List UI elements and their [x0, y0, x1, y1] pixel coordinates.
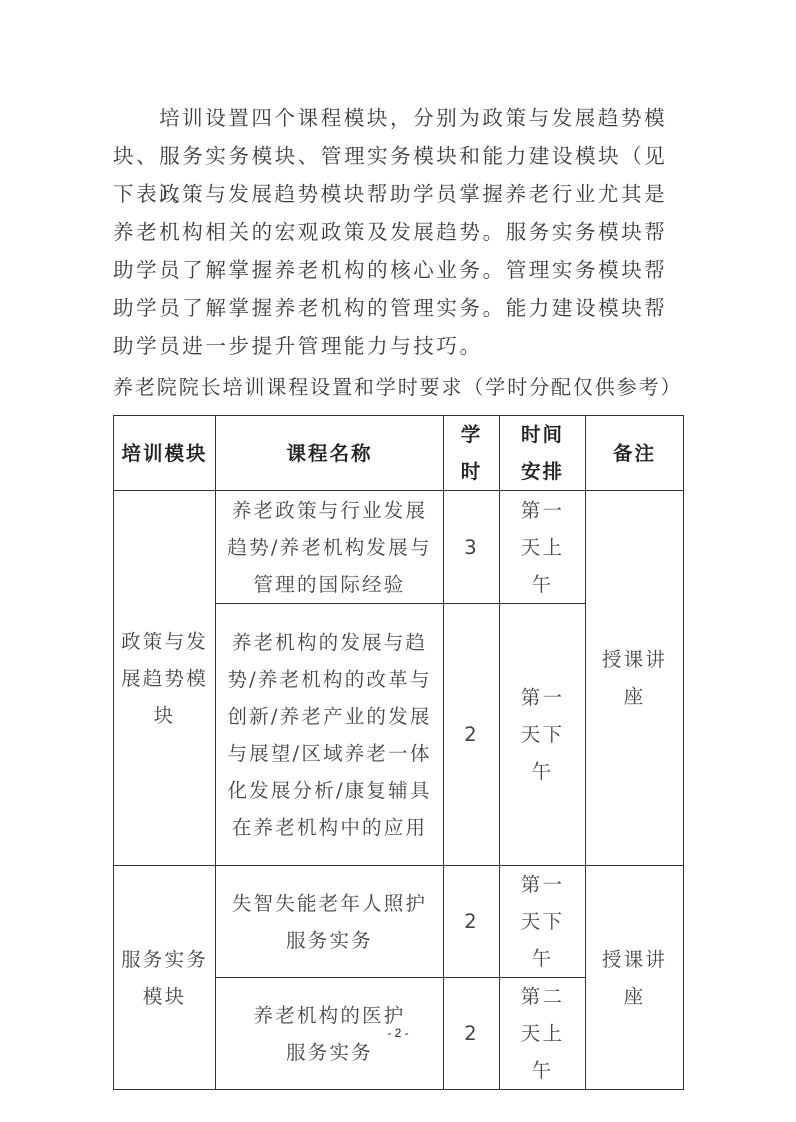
- header-notes: 备注: [586, 416, 684, 491]
- course-cell: 养老政策与行业发展趋势/养老机构发展与管理的国际经验: [216, 491, 444, 604]
- schedule-cell: 第一天下午: [500, 866, 586, 978]
- table-row: 政策与发展趋势模块 养老政策与行业发展趋势/养老机构发展与管理的国际经验 3 第…: [114, 491, 684, 604]
- header-schedule: 时间安排: [500, 416, 586, 491]
- header-module: 培训模块: [114, 416, 216, 491]
- schedule-cell: 第一天下午: [500, 604, 586, 866]
- module-cell: 政策与发展趋势模块: [114, 491, 216, 866]
- module-cell: 服务实务模块: [114, 866, 216, 1090]
- table-header-row: 培训模块 课程名称 学时 时间安排 备注: [114, 416, 684, 491]
- page-number: - 2 -: [0, 1026, 796, 1040]
- course-cell: 养老机构的发展与趋势/养老机构的改革与创新/养老产业的发展与展望/区域养老一体化…: [216, 604, 444, 866]
- header-hours: 学时: [444, 416, 500, 491]
- paragraph-text: 政策与发展趋势模块帮助学员掌握养老行业尤其是养老机构相关的宏观政策及发展趋势。服…: [113, 182, 667, 358]
- paragraph-module-descriptions: 政策与发展趋势模块帮助学员掌握养老行业尤其是养老机构相关的宏观政策及发展趋势。服…: [113, 175, 683, 365]
- notes-cell: 授课讲座: [586, 866, 684, 1090]
- table-row: 服务实务模块 失智失能老年人照护服务实务 2 第一天下午 授课讲座: [114, 866, 684, 978]
- hours-cell: 2: [444, 604, 500, 866]
- course-table: 培训模块 课程名称 学时 时间安排 备注 政策与发展趋势模块 养老政策与行业发展…: [113, 415, 684, 1090]
- table-caption: 养老院院长培训课程设置和学时要求（学时分配仅供参考）: [113, 372, 693, 402]
- hours-cell: 3: [444, 491, 500, 604]
- hours-cell: 2: [444, 866, 500, 978]
- notes-cell: 授课讲座: [586, 491, 684, 866]
- course-cell: 失智失能老年人照护服务实务: [216, 866, 444, 978]
- schedule-cell: 第一天上午: [500, 491, 586, 604]
- header-course: 课程名称: [216, 416, 444, 491]
